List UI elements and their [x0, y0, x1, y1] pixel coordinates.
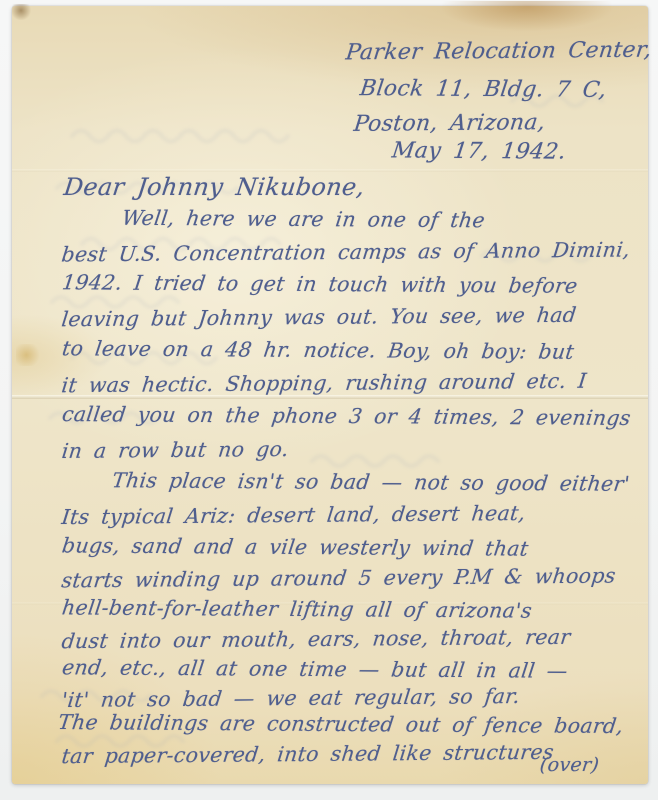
- body-line-15: end, etc., all at one time — but all in …: [61, 655, 570, 683]
- letter-page: Parker Relocation Center, Block 11, Bldg…: [12, 6, 648, 784]
- stain-left-edge: [16, 344, 42, 366]
- body-line-13: hell-bent-for-leather lifting all of ari…: [61, 595, 534, 622]
- body-line-8: in a row but no go.: [61, 437, 291, 463]
- body-line-18: tar paper-covered, into shed like struct…: [60, 740, 555, 768]
- body-line-11: bugs, sand and a vile westerly wind that: [61, 533, 530, 560]
- body-line-16: 'it' not so bad — we eat regular, so far…: [60, 684, 521, 712]
- heading-line-2: Block 11, Bldg. 7 C,: [358, 76, 607, 103]
- body-line-17: The buildings are constructed out of fen…: [57, 710, 625, 738]
- stain-top-left: [12, 4, 32, 20]
- body-line-12: starts winding up around 5 every P.M & w…: [60, 564, 617, 593]
- body-line-14: dust into our mouth, ears, nose, throat,…: [60, 625, 572, 653]
- body-line-10: Its typical Ariz: desert land, desert he…: [60, 501, 527, 529]
- body-line-4: leaving but Johnny was out. You see, we …: [60, 303, 577, 331]
- stain-top-right: [442, 1, 612, 31]
- body-line-7: called you on the phone 3 or 4 times, 2 …: [61, 402, 633, 430]
- body-line-6: it was hectic. Shopping, rushing around …: [60, 369, 588, 398]
- body-line-3: 1942. I tried to get in touch with you b…: [61, 270, 580, 298]
- body-line-2: best U.S. Concentration camps as of Anno…: [60, 238, 631, 267]
- heading-line-4: May 17, 1942.: [390, 138, 567, 164]
- over-note: (over): [539, 754, 601, 776]
- scan-backdrop: Parker Relocation Center, Block 11, Bldg…: [0, 0, 658, 800]
- body-line-9: This place isn't so bad — not so good ei…: [111, 468, 632, 496]
- fold-crease-upper: [12, 169, 648, 172]
- body-line-1: Well, here we are in one of the: [121, 206, 487, 233]
- heading-line-1: Parker Relocation Center,: [344, 38, 653, 66]
- body-line-5: to leave on a 48 hr. notice. Boy, oh boy…: [61, 336, 576, 364]
- salutation: Dear Johnny Nikubone,: [62, 173, 366, 201]
- heading-line-3: Poston, Arizona,: [352, 110, 546, 137]
